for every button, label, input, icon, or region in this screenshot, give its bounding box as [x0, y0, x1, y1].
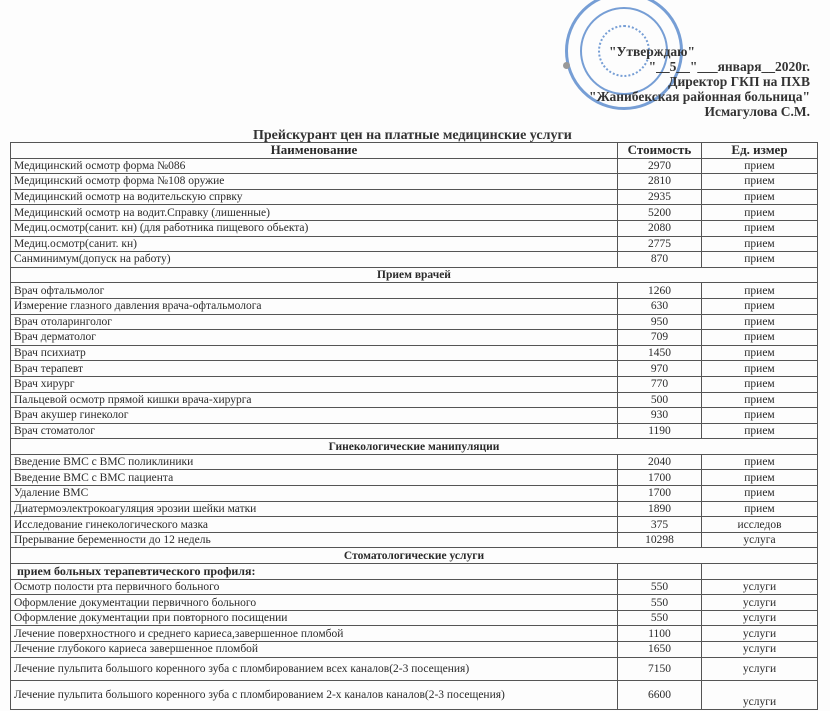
subsection-title: прием больных терапевтического профиля: [11, 564, 618, 580]
table-row: Медицинский осмотр на водит.Справку (лиш… [11, 205, 818, 221]
cell-unit: услуги [702, 579, 818, 595]
cell-unit: прием [702, 392, 818, 408]
table-row: Диатермоэлектрокоагуляция эрозии шейки м… [11, 501, 818, 517]
cell-name: Лечение пульпита большого коренного зуба… [11, 657, 618, 680]
cell-unit: прием [702, 408, 818, 424]
table-row: Врач офтальмолог1260прием [11, 283, 818, 299]
cell-name: Медицинский осмотр форма №086 [11, 158, 618, 174]
cell-price: 1260 [618, 283, 702, 299]
cell-unit: прием [702, 314, 818, 330]
cell-unit: прием [702, 361, 818, 377]
cell-unit: прием [702, 486, 818, 502]
table-row: Удаление ВМС1700прием [11, 486, 818, 502]
table-row: Измерение глазного давления врача-офталь… [11, 298, 818, 314]
cell-name: Удаление ВМС [11, 486, 618, 502]
approval-signatory: Исмагулова С.М. [589, 104, 810, 119]
cell-price: 2080 [618, 220, 702, 236]
cell-price: 1890 [618, 501, 702, 517]
table-row: Санминимум(допуск на работу)870прием [11, 252, 818, 268]
cell-price: 1190 [618, 423, 702, 439]
cell-unit: услуги [702, 610, 818, 626]
table-row: Врач хирург770прием [11, 376, 818, 392]
cell-name: Врач офтальмолог [11, 283, 618, 299]
cell-price: 550 [618, 579, 702, 595]
approval-block: "Утверждаю" "__5__"___января__2020г. Дир… [589, 44, 810, 119]
cell-name: Исследование гинекологического мазка [11, 517, 618, 533]
section-title: Прием врачей [11, 267, 818, 283]
subsection-row: прием больных терапевтического профиля: [11, 564, 818, 580]
cell-price: 6600 [618, 680, 702, 709]
cell-price: 1700 [618, 486, 702, 502]
cell-unit: прием [702, 345, 818, 361]
table-row: Осмотр полости рта первичного больного55… [11, 579, 818, 595]
cell-unit: прием [702, 298, 818, 314]
cell-price: 375 [618, 517, 702, 533]
cell-name: Диатермоэлектрокоагуляция эрозии шейки м… [11, 501, 618, 517]
cell-name: Санминимум(допуск на работу) [11, 252, 618, 268]
cell-name: Измерение глазного давления врача-офталь… [11, 298, 618, 314]
table-row: Медиц.осмотр(санит. кн) (для работника п… [11, 220, 818, 236]
cell-name: Лечение глубокого кариеса завершенное пл… [11, 642, 618, 658]
table-row: Врач терапевт970прием [11, 361, 818, 377]
approval-position: Директор ГКП на ПХВ [589, 74, 810, 89]
cell-unit: прием [702, 283, 818, 299]
cell-name: Медицинский осмотр на водит.Справку (лиш… [11, 205, 618, 221]
cell-unit: прием [702, 158, 818, 174]
cell-price: 550 [618, 610, 702, 626]
cell-unit: прием [702, 501, 818, 517]
cell-name: Медиц.осмотр(санит. кн) (для работника п… [11, 220, 618, 236]
table-row: Врач психиатр1450прием [11, 345, 818, 361]
cell-price: 1650 [618, 642, 702, 658]
table-row: Медиц.осмотр(санит. кн)2775прием [11, 236, 818, 252]
cell-price: 950 [618, 314, 702, 330]
empty-cell [618, 564, 702, 580]
cell-price: 1700 [618, 470, 702, 486]
cell-name: Врач терапевт [11, 361, 618, 377]
section-row: Стоматологические услуги [11, 548, 818, 564]
cell-unit: услуги [702, 657, 818, 680]
cell-price: 2935 [618, 189, 702, 205]
cell-price: 500 [618, 392, 702, 408]
header-name: Наименование [11, 143, 618, 159]
approval-date: "__5__"___января__2020г. [589, 59, 810, 74]
cell-price: 930 [618, 408, 702, 424]
cell-name: Лечение пульпита большого коренного зуба… [11, 680, 618, 709]
cell-unit: прием [702, 236, 818, 252]
cell-price: 7150 [618, 657, 702, 680]
cell-unit: услуги [702, 595, 818, 611]
cell-unit: услуги [702, 642, 818, 658]
cell-unit: прием [702, 205, 818, 221]
cell-unit: услуга [702, 532, 818, 548]
table-row: Пальцевой осмотр прямой кишки врача-хиру… [11, 392, 818, 408]
cell-unit: прием [702, 220, 818, 236]
cell-price: 2775 [618, 236, 702, 252]
cell-unit: прием [702, 252, 818, 268]
cell-name: Лечение поверхностного и среднего кариес… [11, 626, 618, 642]
cell-price: 5200 [618, 205, 702, 221]
cell-unit: услуги [702, 626, 818, 642]
cell-name: Медиц.осмотр(санит. кн) [11, 236, 618, 252]
cell-name: Введение ВМС с ВМС поликлиники [11, 454, 618, 470]
cell-name: Прерывание беременности до 12 недель [11, 532, 618, 548]
header-unit: Ед. измер [702, 143, 818, 159]
cell-name: Врач психиатр [11, 345, 618, 361]
cell-unit: прием [702, 330, 818, 346]
cell-name: Оформление документации первичного больн… [11, 595, 618, 611]
cell-name: Медицинский осмотр на водительскую спрвк… [11, 189, 618, 205]
cell-unit: услуги [702, 680, 818, 709]
cell-name: Введение ВМС с ВМС пациента [11, 470, 618, 486]
approval-organization: "Жанибекская районная больница" [589, 89, 810, 104]
cell-unit: прием [702, 174, 818, 190]
header-price: Стоимость [618, 143, 702, 159]
cell-name: Врач хирург [11, 376, 618, 392]
table-row: Врач отоларинголог950прием [11, 314, 818, 330]
table-header: Наименование Стоимость Ед. измер [11, 143, 818, 159]
approval-label: "Утверждаю" [589, 44, 695, 59]
cell-price: 10298 [618, 532, 702, 548]
cell-name: Оформление документации при повторного п… [11, 610, 618, 626]
table-body: Медицинский осмотр форма №0862970приемМе… [11, 158, 818, 709]
table-row: Лечение пульпита большого коренного зуба… [11, 680, 818, 709]
section-row: Прием врачей [11, 267, 818, 283]
table-row: Медицинский осмотр на водительскую спрвк… [11, 189, 818, 205]
table-row: Врач дерматолог709прием [11, 330, 818, 346]
table-row: Врач стоматолог1190прием [11, 423, 818, 439]
table-row: Лечение пульпита большого коренного зуба… [11, 657, 818, 680]
cell-unit: прием [702, 423, 818, 439]
cell-name: Врач стоматолог [11, 423, 618, 439]
ink-mark [563, 62, 570, 69]
cell-price: 970 [618, 361, 702, 377]
table-row: Медицинский осмотр форма №0862970прием [11, 158, 818, 174]
cell-price: 1100 [618, 626, 702, 642]
table-row: Прерывание беременности до 12 недель1029… [11, 532, 818, 548]
cell-unit: прием [702, 376, 818, 392]
cell-name: Врач акушер гинеколог [11, 408, 618, 424]
cell-name: Медицинский осмотр форма №108 оружие [11, 174, 618, 190]
cell-name: Врач дерматолог [11, 330, 618, 346]
table-row: Медицинский осмотр форма №108 оружие2810… [11, 174, 818, 190]
cell-name: Пальцевой осмотр прямой кишки врача-хиру… [11, 392, 618, 408]
cell-name: Осмотр полости рта первичного больного [11, 579, 618, 595]
table-row: Введение ВМС с ВМС поликлиники2040прием [11, 454, 818, 470]
section-title: Гинекологические манипуляции [11, 439, 818, 455]
cell-price: 2040 [618, 454, 702, 470]
section-row: Гинекологические манипуляции [11, 439, 818, 455]
table-row: Лечение поверхностного и среднего кариес… [11, 626, 818, 642]
empty-cell [702, 564, 818, 580]
table-row: Лечение глубокого кариеса завершенное пл… [11, 642, 818, 658]
cell-name: Врач отоларинголог [11, 314, 618, 330]
section-title: Стоматологические услуги [11, 548, 818, 564]
cell-price: 709 [618, 330, 702, 346]
table-row: Исследование гинекологического мазка375и… [11, 517, 818, 533]
cell-unit: прием [702, 189, 818, 205]
table-row: Врач акушер гинеколог930прием [11, 408, 818, 424]
cell-price: 550 [618, 595, 702, 611]
cell-price: 770 [618, 376, 702, 392]
cell-price: 630 [618, 298, 702, 314]
cell-price: 2970 [618, 158, 702, 174]
cell-unit: прием [702, 470, 818, 486]
cell-unit: прием [702, 454, 818, 470]
cell-price: 1450 [618, 345, 702, 361]
cell-price: 2810 [618, 174, 702, 190]
table-row: Оформление документации первичного больн… [11, 595, 818, 611]
price-table: Наименование Стоимость Ед. измер Медицин… [10, 142, 818, 710]
cell-unit: исследов [702, 517, 818, 533]
table-row: Введение ВМС с ВМС пациента1700прием [11, 470, 818, 486]
cell-price: 870 [618, 252, 702, 268]
table-row: Оформление документации при повторного п… [11, 610, 818, 626]
